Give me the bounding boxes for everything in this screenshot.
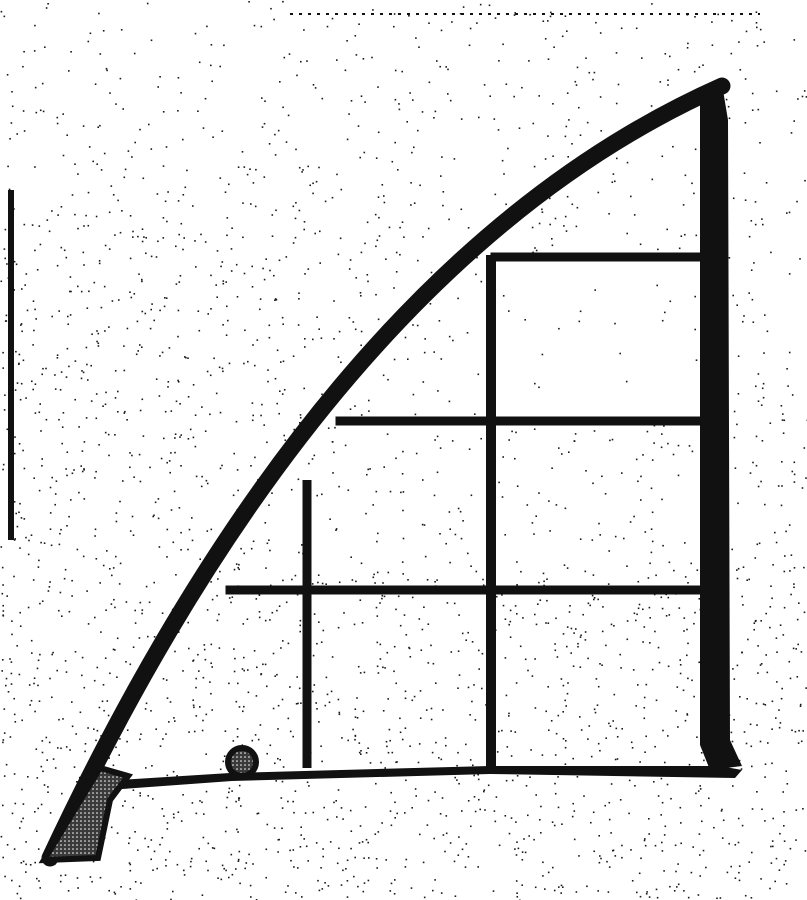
knob [228,748,256,776]
halftone-background [1,1,807,900]
frame-drawing: Scanned halftone line drawing of a quart… [0,0,807,900]
vertical-post [700,84,742,770]
base-beam [120,766,742,789]
frame-svg [0,0,807,900]
left-edge-mark [8,190,14,540]
